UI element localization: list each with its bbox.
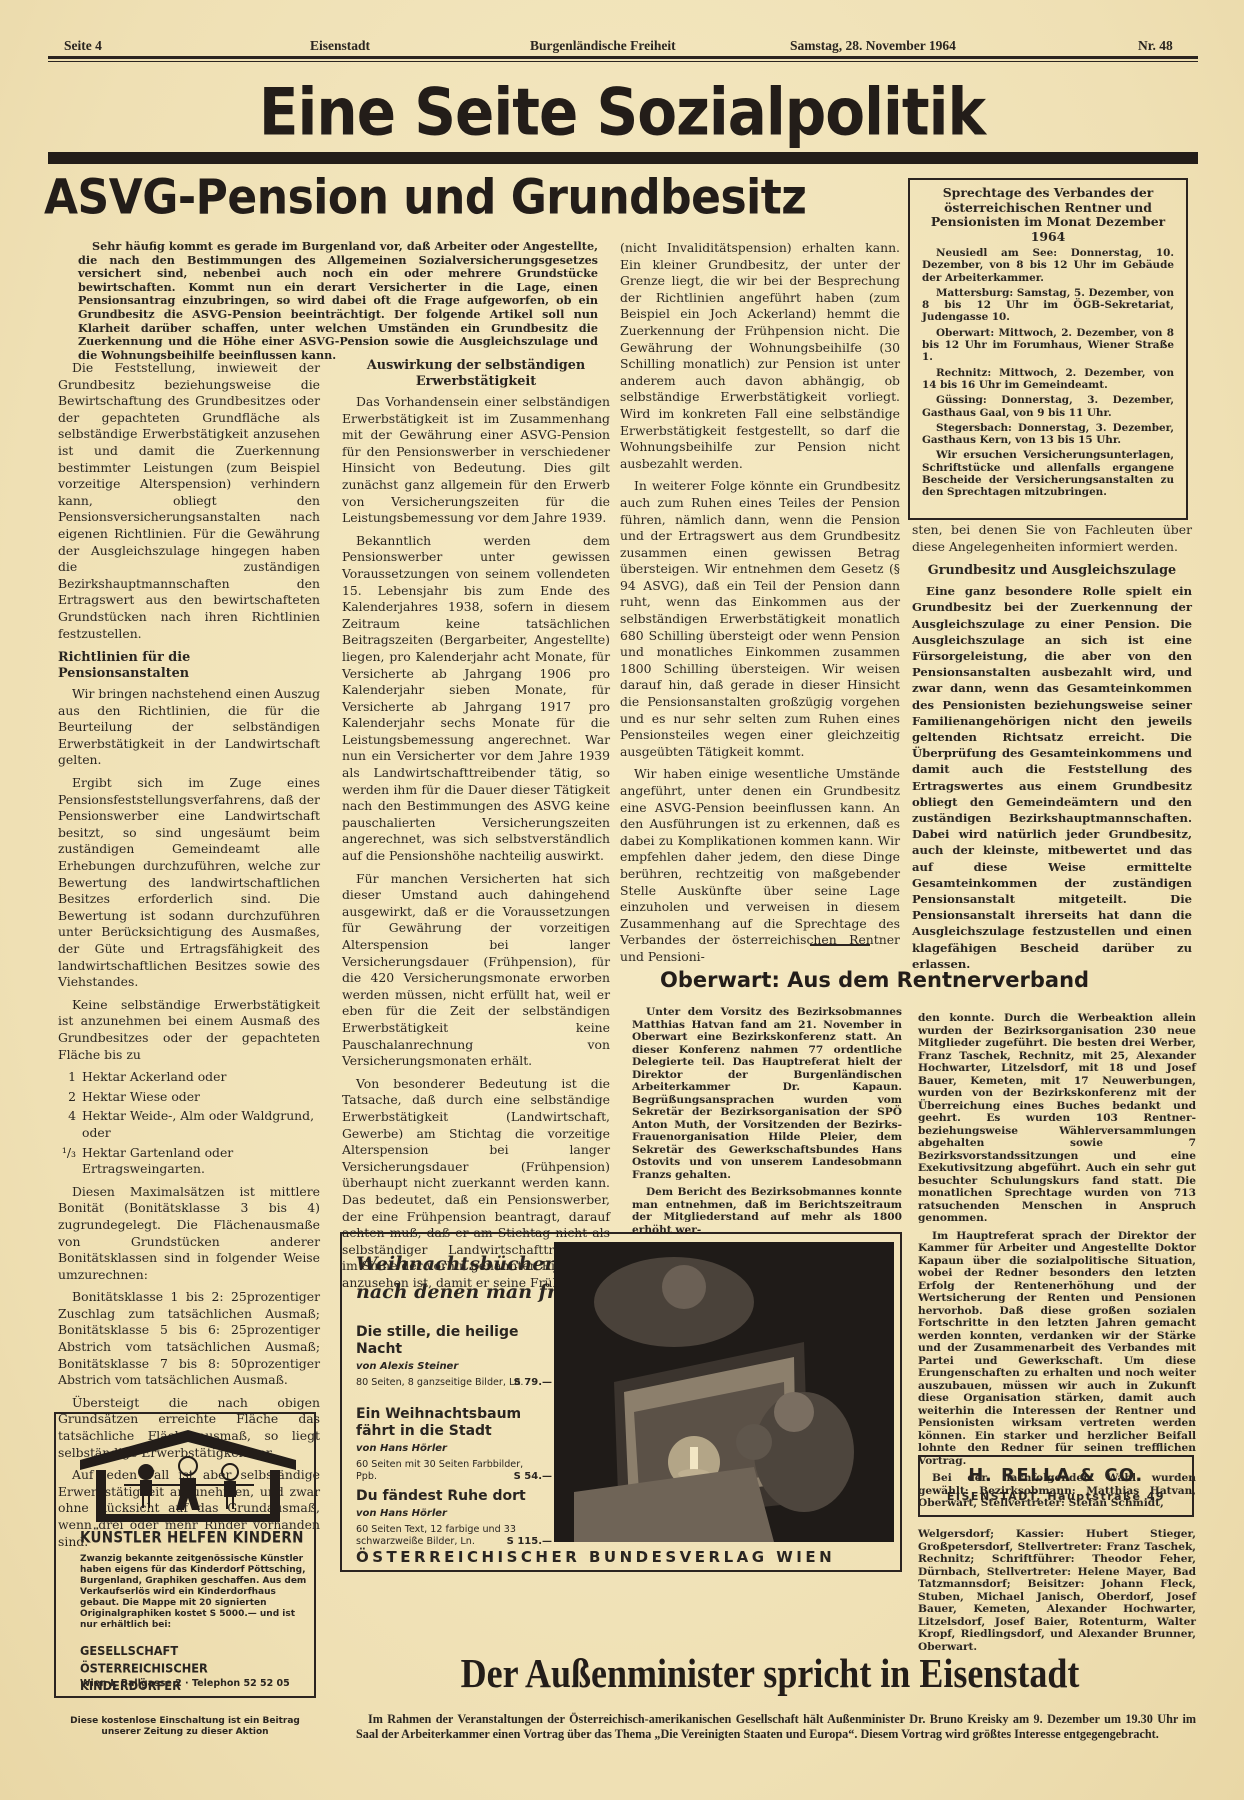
- paragraph: den konnte. Durch die Werbeaktion allein…: [918, 1012, 1196, 1225]
- nativity-woodcut-illustration: [554, 1242, 894, 1542]
- book-desc: 60 Seiten mit 30 Seiten Farbbilder, Ppb.…: [356, 1459, 546, 1483]
- kinder-ad-title: KÜNSTLER HELFEN KINDERN: [80, 1529, 304, 1547]
- header-rule: [48, 56, 1198, 62]
- subheading-richtlinien: Richtlinien für die Pensionsanstalten: [58, 650, 320, 682]
- paragraph: Eine ganz besondere Rolle spielt ein Gru…: [912, 583, 1192, 972]
- oberwart-column-right-cont: Welgersdorf; Kassier: Hubert Stieger, Gr…: [918, 1528, 1196, 1658]
- issue-date: Samstag, 28. November 1964: [790, 38, 956, 54]
- paragraph: Im Hauptreferat sprach der Direktor der …: [918, 1230, 1196, 1468]
- asvg-column-3: (nicht Invaliditätspension) erhalten kan…: [620, 240, 900, 972]
- paragraph: Unter dem Vorsitz des Bezirksobmannes Ma…: [632, 1006, 902, 1181]
- paragraph: Wir bringen nachstehend einen Auszug aus…: [58, 686, 320, 769]
- book-item: Ein Weihnachtsbaum fährt in die Stadt vo…: [356, 1406, 546, 1483]
- sprechtage-entry: Mattersburg: Samstag, 5. Dezember, von 8…: [922, 287, 1174, 324]
- paragraph: Welgersdorf; Kassier: Hubert Stieger, Gr…: [918, 1528, 1196, 1653]
- paragraph: Ergibt sich im Zuge eines Pensionsfestst…: [58, 775, 320, 991]
- rella-name: H. RELLA & CO.: [920, 1465, 1192, 1486]
- book-author: von Hans Hörler: [356, 1508, 546, 1519]
- paragraph: Wir haben einige wesentliche Umstände an…: [620, 766, 900, 965]
- sprechtage-entry: Güssing: Donnerstag, 3. Dezember, Gastha…: [922, 394, 1174, 419]
- book-item: Du fändest Ruhe dort von Hans Hörler 60 …: [356, 1488, 546, 1548]
- issue-number: Nr. 48: [1138, 38, 1173, 54]
- book-author: von Hans Hörler: [356, 1443, 546, 1454]
- subheading-auswirkung: Auswirkung der selbständigen Erwerbstäti…: [342, 358, 610, 390]
- paragraph: Dem Bericht des Bezirksobmannes konnte m…: [632, 1186, 902, 1236]
- book-title: Du fändest Ruhe dort: [356, 1488, 546, 1505]
- subheading-grundbesitz: Grundbesitz und Ausgleichszulage: [912, 563, 1192, 579]
- newspaper-page: Seite 4 Eisenstadt Burgenländische Freih…: [0, 0, 1244, 1800]
- list-item: 2Hektar Wiese oder: [58, 1089, 320, 1106]
- aussenminister-body: Im Rahmen der Veranstaltungen der Österr…: [356, 1712, 1196, 1741]
- kinderdorf-ad: KÜNSTLER HELFEN KINDERN Zwanzig bekannte…: [54, 1412, 316, 1698]
- separator-rule: [810, 944, 870, 946]
- sprechtage-box: Sprechtage des Verbandes der österreichi…: [908, 178, 1188, 520]
- sprechtage-title: Sprechtage des Verbandes der österreichi…: [922, 186, 1174, 244]
- paragraph: Für manchen Versicherten hat sich dieser…: [342, 871, 610, 1070]
- list-item: 4Hektar Weide-, Alm oder Waldgrund, oder: [58, 1108, 320, 1141]
- asvg-column-1: Die Feststellung, inwieweit der Grundbes…: [58, 360, 320, 1556]
- house-children-logo-icon: [80, 1426, 296, 1522]
- book-price: S 115.—: [507, 1536, 552, 1548]
- paragraph: Diesen Maximalsätzen ist mittlere Bonitä…: [58, 1184, 320, 1284]
- paragraph: Das Vorhandensein einer selbständigen Er…: [342, 394, 610, 527]
- book-author: von Alexis Steiner: [356, 1361, 546, 1372]
- kinder-ad-note: Diese kostenlose Einschaltung ist ein Be…: [54, 1716, 316, 1738]
- section-masthead: Eine Seite Sozialpolitik: [0, 74, 1244, 150]
- book-item: Die stille, die heilige Nacht von Alexis…: [356, 1324, 546, 1389]
- book-desc: 80 Seiten, 8 ganzseitige Bilder, Ln.S 79…: [356, 1377, 546, 1389]
- sprechtage-entry: Oberwart: Mittwoch, 2. Dezember, von 8 b…: [922, 327, 1174, 364]
- header-place: Eisenstadt: [310, 38, 370, 54]
- asvg-column-2: Auswirkung der selbständigen Erwerbstäti…: [342, 358, 610, 1297]
- kinder-ad-body: Zwanzig bekannte zeitgenössische Künstle…: [80, 1554, 310, 1631]
- headline-aussenminister: Der Außenminister spricht in Eisenstadt: [340, 1649, 1200, 1697]
- sprechtage-entry: Stegersbach: Donnerstag, 3. Dezember, Ga…: [922, 422, 1174, 447]
- masthead-rule: [48, 152, 1198, 164]
- asvg-column-4: sten, bei denen Sie von Fachleuten über …: [912, 522, 1192, 978]
- book-price: S 54.—: [514, 1471, 552, 1483]
- running-header: Seite 4 Eisenstadt Burgenländische Freih…: [60, 32, 1200, 56]
- paragraph: Bekanntlich werden dem Pensionswerber un…: [342, 533, 610, 865]
- sprechtage-note: Wir ersuchen Versicherungsunterlagen, Sc…: [922, 449, 1174, 498]
- oberwart-column-right: den konnte. Durch die Werbeaktion allein…: [918, 1012, 1196, 1515]
- area-limits-list: 1Hektar Ackerland oder 2Hektar Wiese ode…: [58, 1069, 320, 1178]
- book-title: Die stille, die heilige Nacht: [356, 1324, 546, 1358]
- headline-asvg: ASVG-Pension und Grundbesitz: [44, 169, 904, 225]
- book-desc: 60 Seiten Text, 12 farbige und 33 schwar…: [356, 1524, 546, 1548]
- page-number: Seite 4: [64, 38, 102, 54]
- rella-ad: H. RELLA & CO. EISENSTADT, Hauptstraße 4…: [918, 1455, 1194, 1517]
- sprechtage-entry: Neusiedl am See: Donnerstag, 10. Dezembe…: [922, 247, 1174, 284]
- headline-oberwart: Oberwart: Aus dem Rentnerverband: [660, 968, 1160, 992]
- paragraph: Keine selbständige Erwerbstätigkeit ist …: [58, 997, 320, 1063]
- list-item: 1Hektar Ackerland oder: [58, 1069, 320, 1086]
- book-ad: Weihnachtsbücher, nach denen man fragt: …: [340, 1232, 902, 1572]
- book-price: S 79.—: [514, 1377, 552, 1389]
- paragraph: (nicht Invaliditätspension) erhalten kan…: [620, 240, 900, 472]
- paragraph: In weiterer Folge könnte ein Grundbesitz…: [620, 478, 900, 760]
- article-lead: Sehr häufig kommt es gerade im Burgenlan…: [78, 240, 598, 362]
- sprechtage-entry: Rechnitz: Mittwoch, 2. Dezember, von 14 …: [922, 367, 1174, 392]
- list-item: ¹/₃Hektar Gartenland oder Ertragsweingar…: [58, 1145, 320, 1178]
- book-title: Ein Weihnachtsbaum fährt in die Stadt: [356, 1406, 546, 1440]
- book-ad-publisher: ÖSTERREICHISCHER BUNDESVERLAG WIEN: [356, 1548, 835, 1566]
- oberwart-column-left: Unter dem Vorsitz des Bezirksobmannes Ma…: [632, 1006, 902, 1241]
- paragraph: Die Feststellung, inwieweit der Grundbes…: [58, 360, 320, 642]
- paragraph: sten, bei denen Sie von Fachleuten über …: [912, 522, 1192, 555]
- rella-address: EISENSTADT, Hauptstraße 49: [920, 1490, 1192, 1503]
- kinder-ad-address: Wien I, Ballgasse 2 · Telephon 52 52 05: [80, 1678, 290, 1689]
- paragraph: Bonitätsklasse 1 bis 2: 25prozentiger Zu…: [58, 1289, 320, 1389]
- paper-name: Burgenländische Freiheit: [530, 38, 676, 54]
